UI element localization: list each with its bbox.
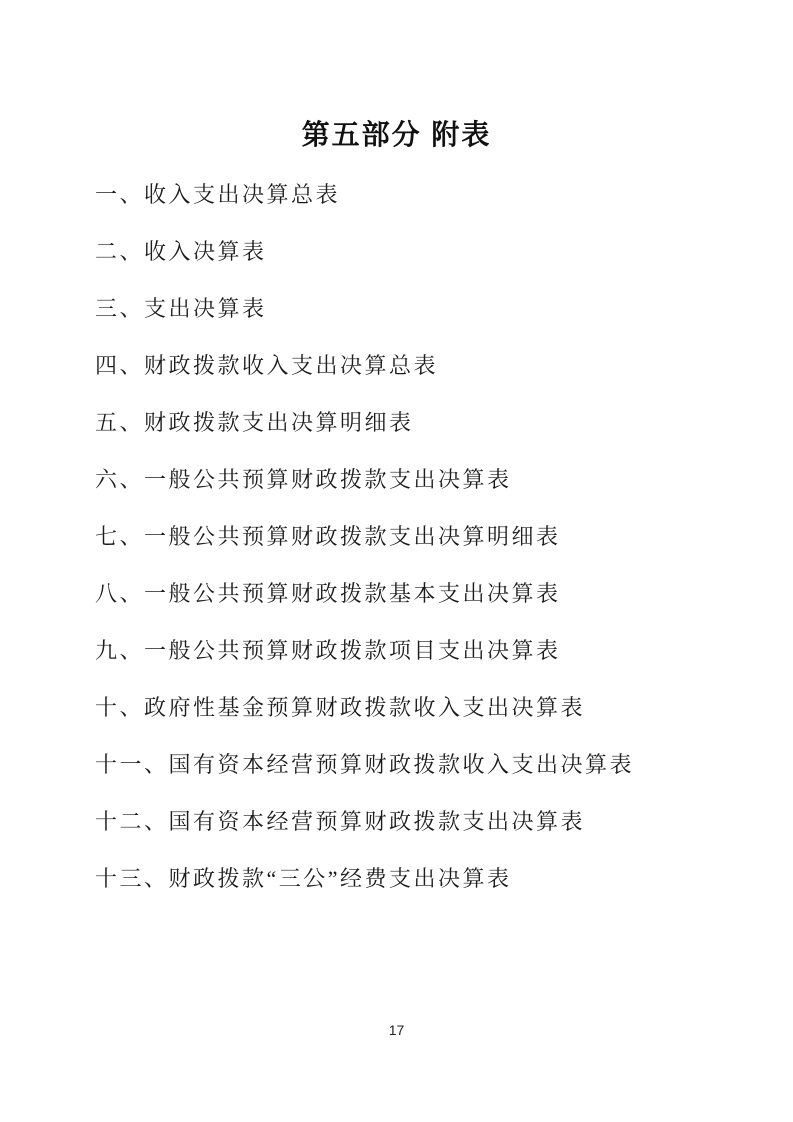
list-item: 六、一般公共预算财政拨款支出决算表 [95,451,733,508]
list-item: 十、政府性基金预算财政拨款收入支出决算表 [95,679,733,736]
list-item: 八、一般公共预算财政拨款基本支出决算表 [95,565,733,622]
document-page: 第五部分 附表 一、收入支出决算总表 二、收入决算表 三、支出决算表 四、财政拨… [0,0,793,1122]
list-item: 一、收入支出决算总表 [95,166,733,223]
list-item: 十三、财政拨款“三公”经费支出决算表 [95,850,733,907]
list-item: 十二、国有资本经营预算财政拨款支出决算表 [95,793,733,850]
list-item: 五、财政拨款支出决算明细表 [95,394,733,451]
page-title: 第五部分 附表 [0,0,793,152]
page-number: 17 [0,1022,793,1038]
list-item: 三、支出决算表 [95,280,733,337]
list-item: 四、财政拨款收入支出决算总表 [95,337,733,394]
appendix-table-list: 一、收入支出决算总表 二、收入决算表 三、支出决算表 四、财政拨款收入支出决算总… [0,166,793,907]
list-item: 十一、国有资本经营预算财政拨款收入支出决算表 [95,736,733,793]
list-item: 九、一般公共预算财政拨款项目支出决算表 [95,622,733,679]
list-item: 二、收入决算表 [95,223,733,280]
list-item: 七、一般公共预算财政拨款支出决算明细表 [95,508,733,565]
